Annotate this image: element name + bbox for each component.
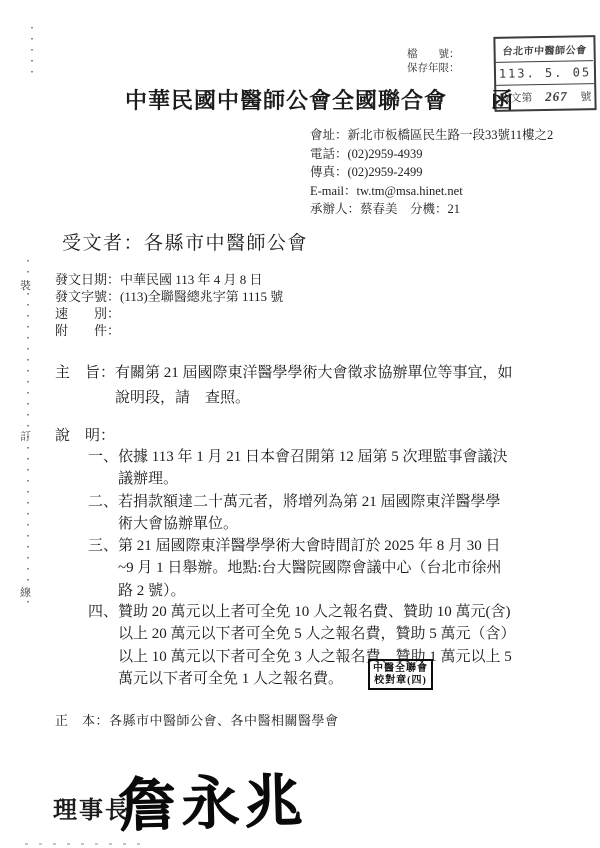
issue-date-value: 中華民國 113 年 4 月 8 日 <box>120 272 263 287</box>
speed-label: 速 別： <box>55 306 120 321</box>
archive-labels: 檔 號： 保存年限： <box>407 48 460 76</box>
item-1-text: 依據 113 年 1 月 21 日本會召開第 12 屆第 5 次理監事會議決 議… <box>118 446 507 491</box>
proofread-stamp-line1: 中醫全聯會 <box>373 663 428 675</box>
explanation-item-3: 三、 第 21 屆國際東洋醫學學術大會時間訂於 2025 年 8 月 30 日 … <box>88 535 576 602</box>
proofread-stamp: 中醫全聯會 校對章(四) <box>368 659 433 690</box>
binding-mark-xian: 線 <box>20 584 31 600</box>
proofread-stamp-line2: 校對章(四) <box>373 675 428 687</box>
doc-number-value: (113)全聯醫總兆字第 1115 號 <box>120 289 283 304</box>
binding-mark-zhuang: 裝 <box>20 277 31 293</box>
official-letter-page: 裝 訂 線 檔 號： 保存年限： 台北市中醫師公會 113. 5. 05 收文第… <box>0 0 600 848</box>
contact-phone: 電話：(02)2959-4939 <box>310 145 553 164</box>
subject-text: 有關第 21 屆國際東洋醫學學術大會徵求協辦單位等事宜，如 說明段，請 查照。 <box>115 361 513 411</box>
title-row: 中華民國中醫師公會全國聯合會 函 <box>125 84 513 115</box>
chairman-signature: 詹永兆 <box>117 754 308 843</box>
document-meta: 發文日期：中華民國 113 年 4 月 8 日 發文字號：(113)全聯醫總兆字… <box>55 271 283 339</box>
subject-label: 主 旨： <box>55 361 115 411</box>
issue-date-label: 發文日期： <box>55 272 120 287</box>
receipt-number-suffix: 號 <box>580 88 591 104</box>
contact-block: 會址：新北市板橋區民生路一段33號11樓之2 電話：(02)2959-4939 … <box>310 126 553 219</box>
organization-title: 中華民國中醫師公會全國聯合會 <box>125 88 447 113</box>
receipt-stamp-org: 台北市中醫師公會 <box>495 37 594 63</box>
item-4-number: 四、 <box>88 601 118 691</box>
explanation-item-4: 四、 贊助 20 萬元以上者可全免 10 人之報名費、贊助 10 萬元(含) 以… <box>88 601 576 691</box>
binding-dotted-line-top <box>31 27 33 79</box>
attachment-label: 附 件： <box>55 323 120 338</box>
attachment-row: 附 件： <box>55 322 283 339</box>
contact-fax: 傳真：(02)2959-2499 <box>310 163 553 182</box>
doc-number-label: 發文字號： <box>55 289 120 304</box>
item-2-number: 二、 <box>88 491 118 536</box>
contact-handler: 承辦人：蔡春美 分機：21 <box>310 200 553 219</box>
receipt-number-value: 267 <box>545 89 568 105</box>
recipient-line: 受文者：各縣市中醫師公會 <box>62 228 308 255</box>
retention-period-label: 保存年限： <box>407 62 460 76</box>
explanation-item-2: 二、 若捐款額達二十萬元者，將增列為第 21 屆國際東洋醫學學 術大會協辦單位。 <box>88 491 576 536</box>
document-type: 函 <box>491 88 513 113</box>
explanation-label: 說 明： <box>55 424 115 445</box>
doc-number-row: 發文字號：(113)全聯醫總兆字第 1115 號 <box>55 288 283 305</box>
scan-artifact-dots <box>25 843 140 845</box>
item-4-text: 贊助 20 萬元以上者可全免 10 人之報名費、贊助 10 萬元(含) 以上 2… <box>118 601 516 691</box>
contact-email: E-mail：tw.tm@msa.hinet.net <box>310 182 553 201</box>
explanation-item-1: 一、 依據 113 年 1 月 21 日本會召開第 12 屆第 5 次理監事會議… <box>88 446 576 491</box>
item-2-text: 若捐款額達二十萬元者，將增列為第 21 屆國際東洋醫學學 術大會協辦單位。 <box>118 491 501 536</box>
binding-mark-ding: 訂 <box>20 428 31 444</box>
speed-row: 速 別： <box>55 305 283 322</box>
subject-paragraph: 主 旨： 有關第 21 屆國際東洋醫學學術大會徵求協辦單位等事宜，如 說明段，請… <box>55 361 570 411</box>
issue-date-row: 發文日期：中華民國 113 年 4 月 8 日 <box>55 271 283 288</box>
copy-to-line: 正 本：各縣市中醫師公會、各中醫相關醫學會 <box>55 710 339 729</box>
item-3-text: 第 21 屆國際東洋醫學學術大會時間訂於 2025 年 8 月 30 日 ~9 … <box>118 535 502 602</box>
item-3-number: 三、 <box>88 535 118 602</box>
item-1-number: 一、 <box>88 446 118 491</box>
receipt-stamp-date: 113. 5. 05 <box>496 61 594 86</box>
file-number-label: 檔 號： <box>407 48 460 62</box>
contact-address: 會址：新北市板橋區民生路一段33號11樓之2 <box>310 126 553 145</box>
